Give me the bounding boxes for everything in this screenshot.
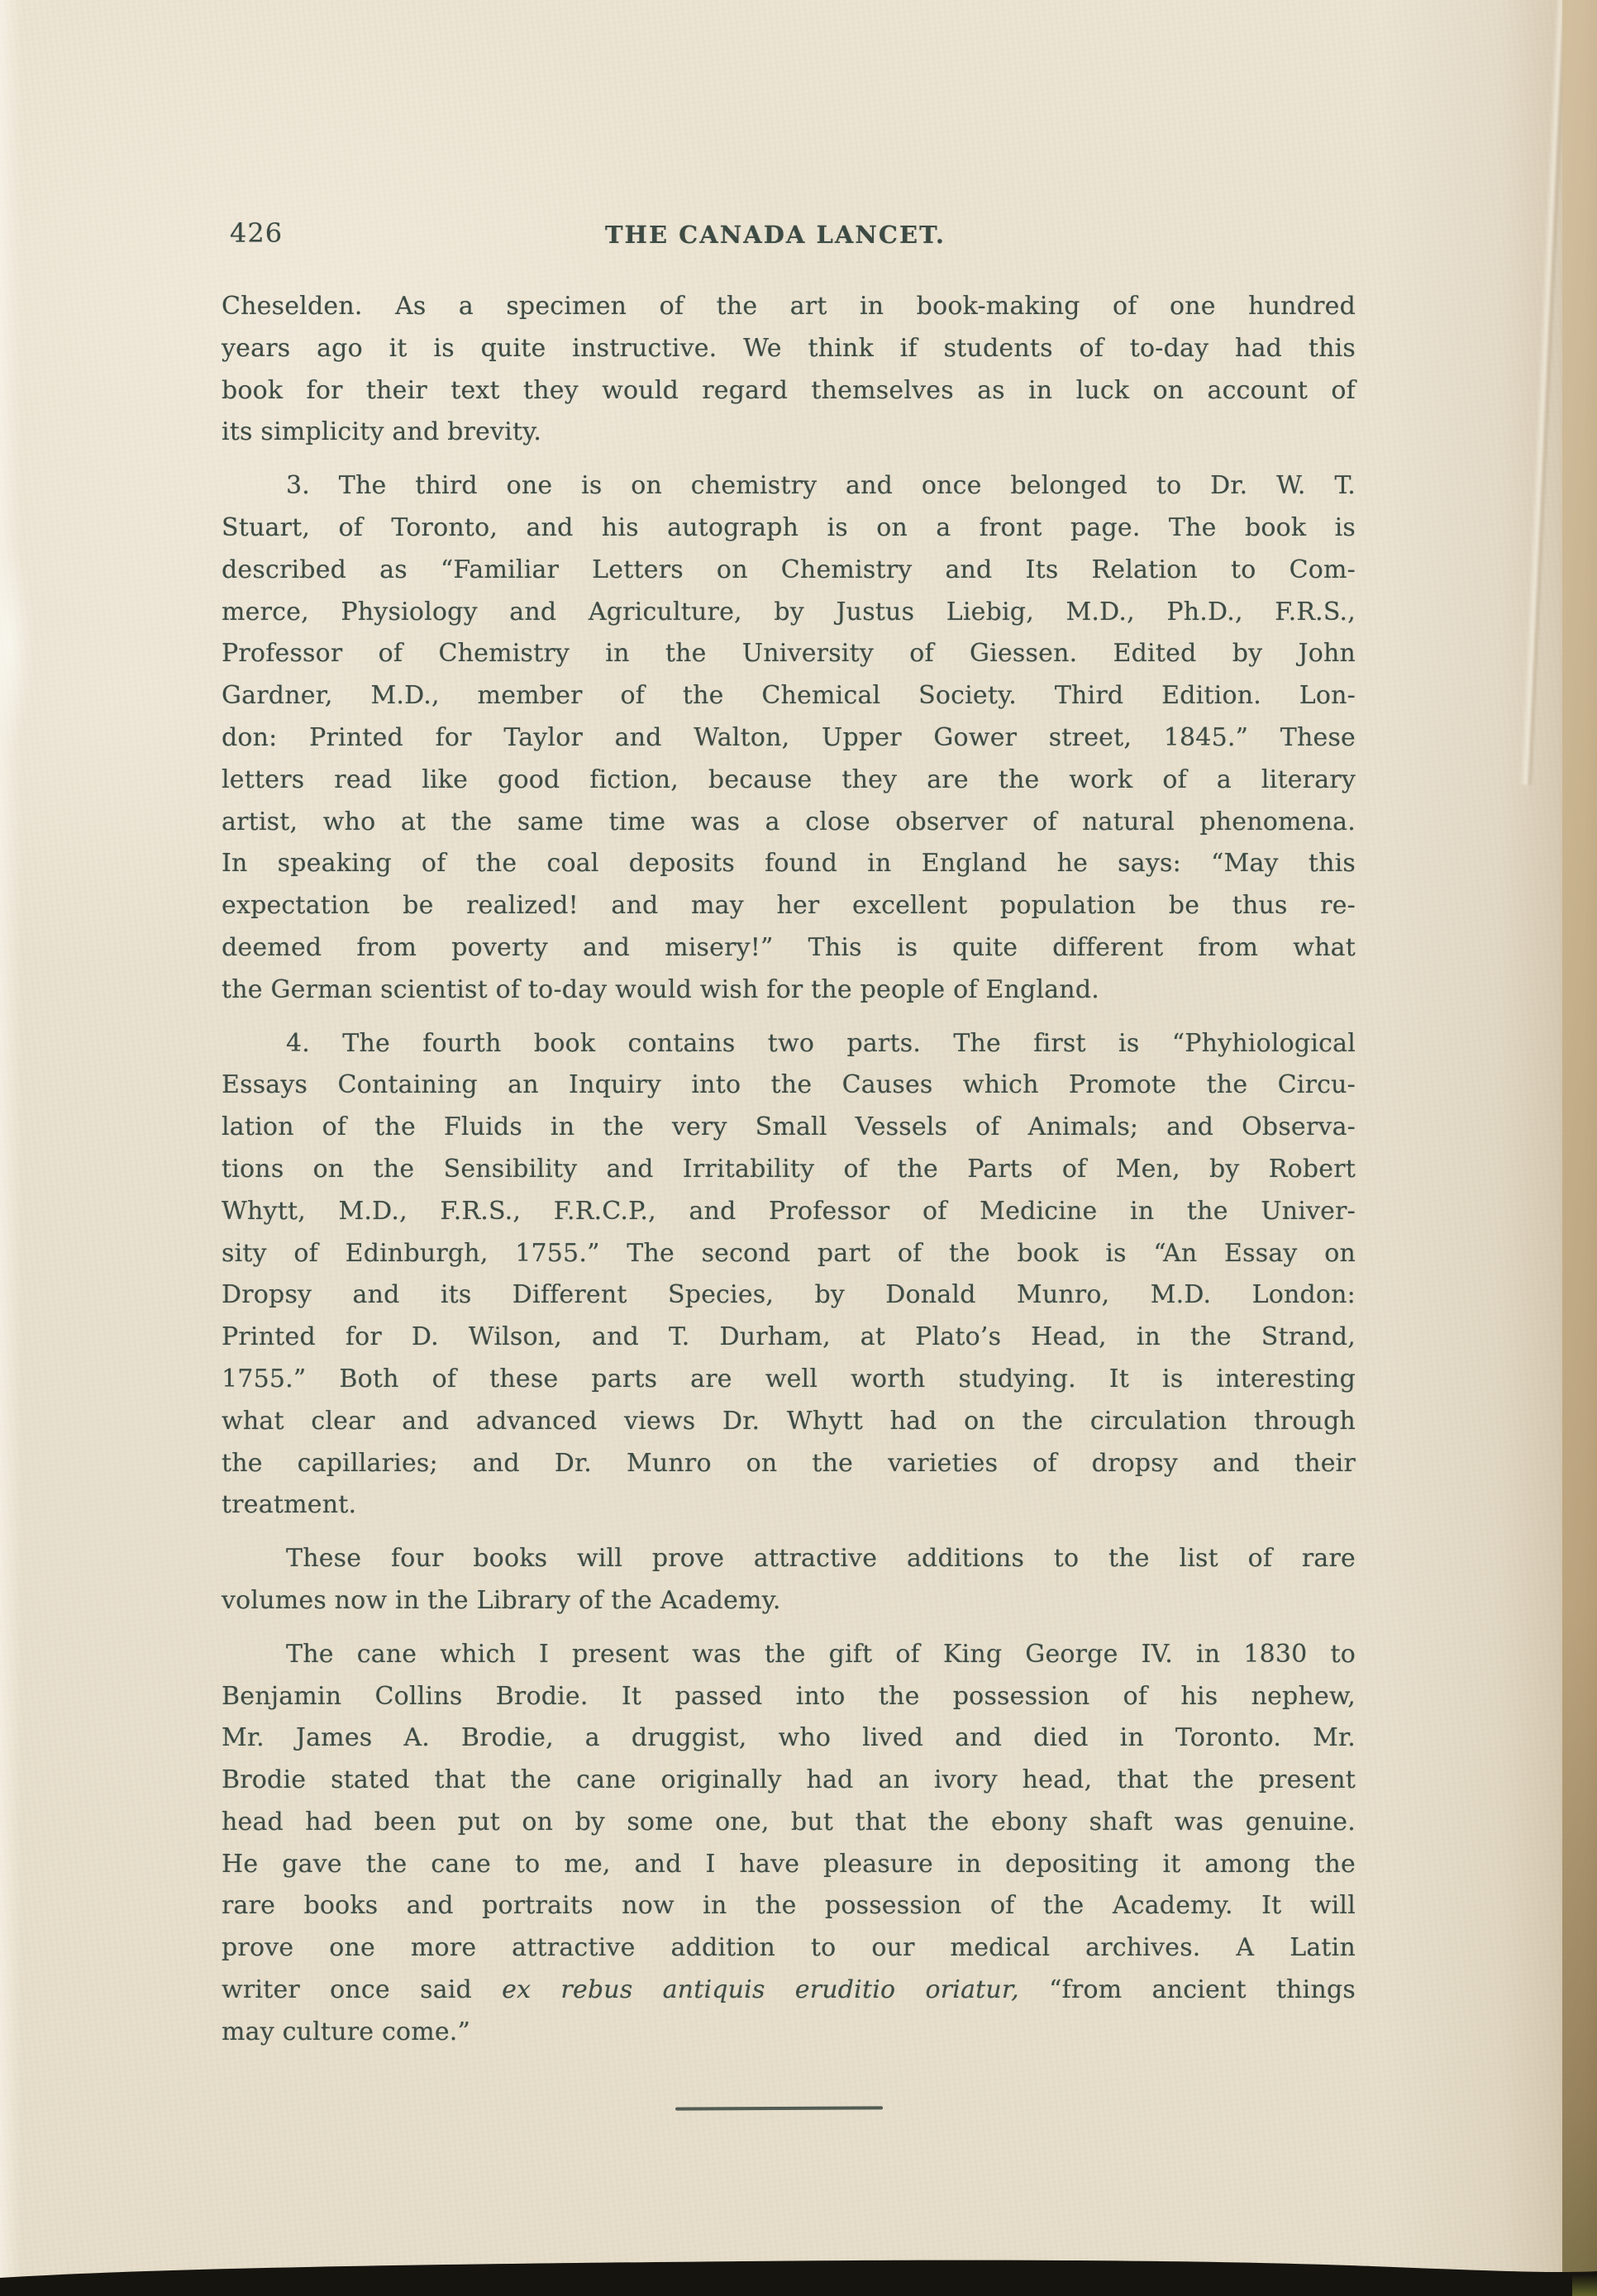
- text-line: Professor of Chemistry in the University…: [222, 633, 1356, 675]
- paragraph: These four books will prove attractive a…: [222, 1538, 1356, 1622]
- text-line: volumes now in the Library of the Academ…: [222, 1580, 1356, 1622]
- text-line: Cheselden. As a specimen of the art in b…: [222, 286, 1356, 328]
- text-line: Stuart, of Toronto, and his autograph is…: [222, 507, 1356, 550]
- text-line: lation of the Fluids in the very Small V…: [222, 1107, 1356, 1149]
- page-number: 426: [230, 217, 283, 249]
- text-line: Dropsy and its Different Species, by Don…: [222, 1274, 1356, 1317]
- text-line: book for their text they would regard th…: [222, 370, 1356, 412]
- paragraph: The cane which I present was the gift of…: [222, 1634, 1356, 2054]
- text-line: head had been put on by some one, but th…: [222, 1802, 1356, 1844]
- text-line: These four books will prove attractive a…: [222, 1538, 1356, 1580]
- left-edge-highlight: [0, 0, 21, 2296]
- page-edge-strip: [1562, 0, 1597, 2296]
- text-line: Gardner, M.D., member of the Chemical So…: [222, 675, 1356, 717]
- text-line: tions on the Sensibility and Irritabilit…: [222, 1149, 1356, 1191]
- scanner-bed-band: [0, 2245, 1597, 2296]
- text-line: In speaking of the coal deposits found i…: [222, 843, 1356, 885]
- text-line: merce, Physiology and Agriculture, by Ju…: [222, 592, 1356, 634]
- text-line: the German scientist of to-day would wis…: [222, 969, 1356, 1012]
- text-line: Whytt, M.D., F.R.S., F.R.C.P., and Profe…: [222, 1191, 1356, 1233]
- text-line: prove one more attractive addition to ou…: [222, 1927, 1356, 1970]
- text-line: 1755.” Both of these parts are well wort…: [222, 1359, 1356, 1401]
- text-line: expectation be realized! and may her exc…: [222, 885, 1356, 927]
- text-line: may culture come.”: [222, 2012, 1356, 2054]
- text-line: rare books and portraits now in the poss…: [222, 1885, 1356, 1927]
- paragraph: 4. The fourth book contains two parts. T…: [222, 1023, 1356, 1527]
- text-line: sity of Edinburgh, 1755.” The second par…: [222, 1233, 1356, 1275]
- running-header-title: THE CANADA LANCET.: [605, 220, 946, 250]
- text-line: treatment.: [222, 1484, 1356, 1527]
- text-line: Benjamin Collins Brodie. It passed into …: [222, 1676, 1356, 1718]
- scanned-journal-page: 426 THE CANADA LANCET. Cheselden. As a s…: [0, 0, 1597, 2296]
- text-line: its simplicity and brevity.: [222, 412, 1356, 454]
- text-line: don: Printed for Taylor and Walton, Uppe…: [222, 717, 1356, 760]
- text-line: deemed from poverty and misery!” This is…: [222, 927, 1356, 969]
- text-line: what clear and advanced views Dr. Whytt …: [222, 1401, 1356, 1443]
- text-line: described as “Familiar Letters on Chemis…: [222, 550, 1356, 592]
- paper-crease-line: [1520, 0, 1570, 785]
- text-line: Printed for D. Wilson, and T. Durham, at…: [222, 1317, 1356, 1359]
- paragraph: 3. The third one is on chemistry and onc…: [222, 465, 1356, 1011]
- text-line: The cane which I present was the gift of…: [222, 1634, 1356, 1676]
- text-line: Mr. James A. Brodie, a druggist, who liv…: [222, 1717, 1356, 1760]
- text-line: the capillaries; and Dr. Munro on the va…: [222, 1443, 1356, 1485]
- bottom-right-green-sliver: [1572, 2275, 1597, 2296]
- paragraph: Cheselden. As a specimen of the art in b…: [222, 286, 1356, 454]
- text-line: artist, who at the same time was a close…: [222, 802, 1356, 844]
- text-line: 3. The third one is on chemistry and onc…: [222, 465, 1356, 507]
- text-line: He gave the cane to me, and I have pleas…: [222, 1844, 1356, 1886]
- text-line: years ago it is quite instructive. We th…: [222, 328, 1356, 370]
- text-line: Essays Containing an Inquiry into the Ca…: [222, 1065, 1356, 1107]
- left-edge-bright-spot: [0, 545, 35, 744]
- text-line: 4. The fourth book contains two parts. T…: [222, 1023, 1356, 1065]
- section-divider-rule: [675, 2106, 883, 2110]
- page-body: Cheselden. As a specimen of the art in b…: [222, 286, 1356, 2054]
- text-line: writer once said ex rebus antiquis erudi…: [222, 1970, 1356, 2012]
- latin-phrase-italic: ex rebus antiquis eruditio oriatur,: [502, 1975, 1019, 2004]
- text-line: letters read like good fiction, because …: [222, 760, 1356, 802]
- page-curl-shadow: [1382, 0, 1597, 2296]
- text-line: Brodie stated that the cane originally h…: [222, 1760, 1356, 1802]
